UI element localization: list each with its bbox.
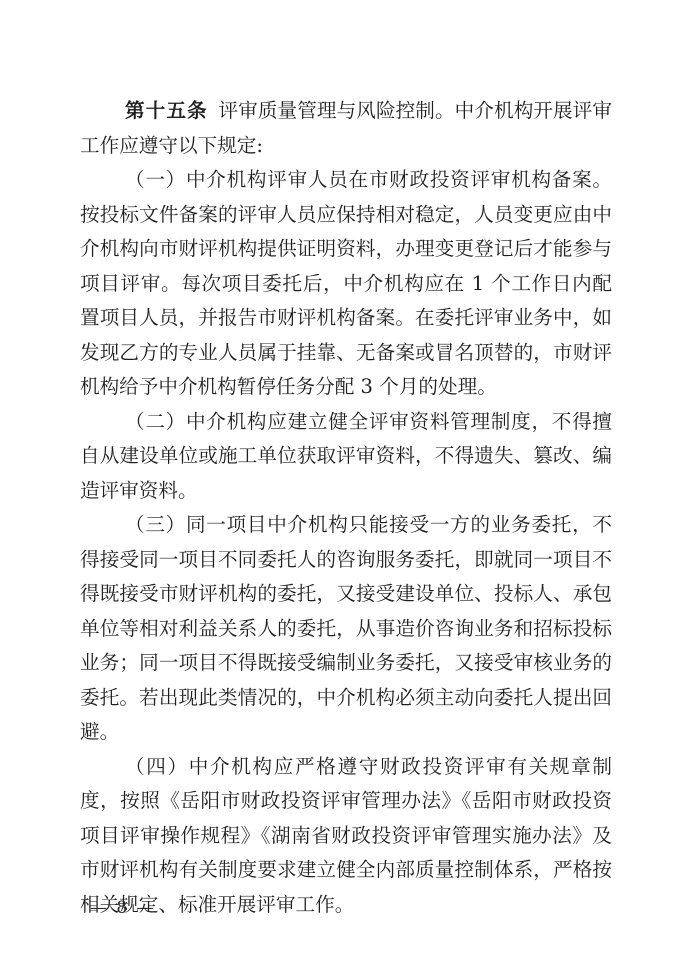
document-page: 第十五条评审质量管理与风险控制。中介机构开展评审工作应遵守以下规定: （一）中介… xyxy=(0,0,690,976)
article-heading: 第十五条评审质量管理与风险控制。中介机构开展评审工作应遵守以下规定: xyxy=(80,94,612,163)
page-footer: — 8 — xyxy=(90,898,156,918)
paragraph-item-4: （四）中介机构应严格遵守财政投资评审有关规章制度，按照《岳阳市财政投资评审管理办… xyxy=(80,750,612,923)
paragraph-item-1: （一）中介机构评审人员在市财政投资评审机构备案。按投标文件备案的评审人员应保持相… xyxy=(80,163,612,405)
article-number: 第十五条 xyxy=(125,99,208,122)
paragraph-item-2: （二）中介机构应建立健全评审资料管理制度，不得擅自从建设单位或施工单位获取评审资… xyxy=(80,405,612,509)
document-body: 第十五条评审质量管理与风险控制。中介机构开展评审工作应遵守以下规定: （一）中介… xyxy=(80,94,612,922)
paragraph-item-3: （三）同一项目中介机构只能接受一方的业务委托，不得接受同一项目不同委托人的咨询服… xyxy=(80,508,612,750)
page-number: — 8 — xyxy=(90,898,156,918)
